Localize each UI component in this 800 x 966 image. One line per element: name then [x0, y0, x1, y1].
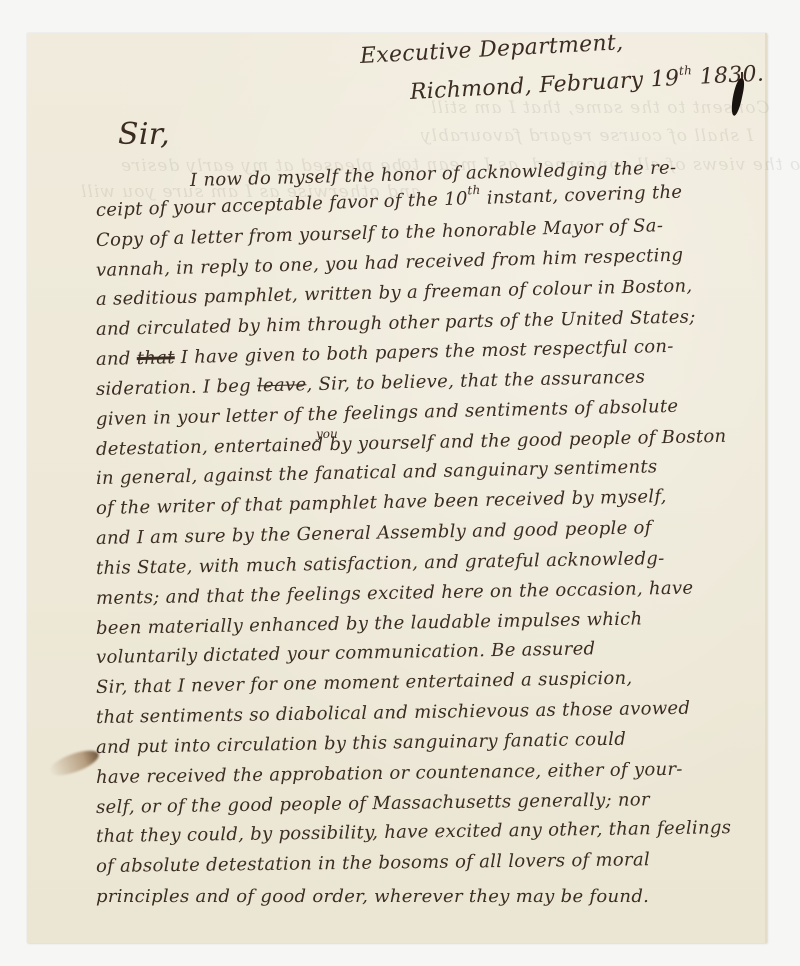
line-text: and — [96, 348, 131, 370]
bleed-through-line: I shall of course regard favourably — [420, 126, 753, 146]
struck-word: that — [137, 347, 175, 369]
letter-line: principles and of good order, wherever t… — [96, 886, 649, 907]
line-text: sideration. I beg — [96, 375, 251, 400]
superscript-th: th — [467, 183, 481, 197]
struck-word: leave — [257, 374, 307, 396]
date-superscript: th — [679, 63, 693, 78]
year-text: 1830. — [699, 61, 765, 89]
salutation: Sir, — [118, 117, 170, 152]
